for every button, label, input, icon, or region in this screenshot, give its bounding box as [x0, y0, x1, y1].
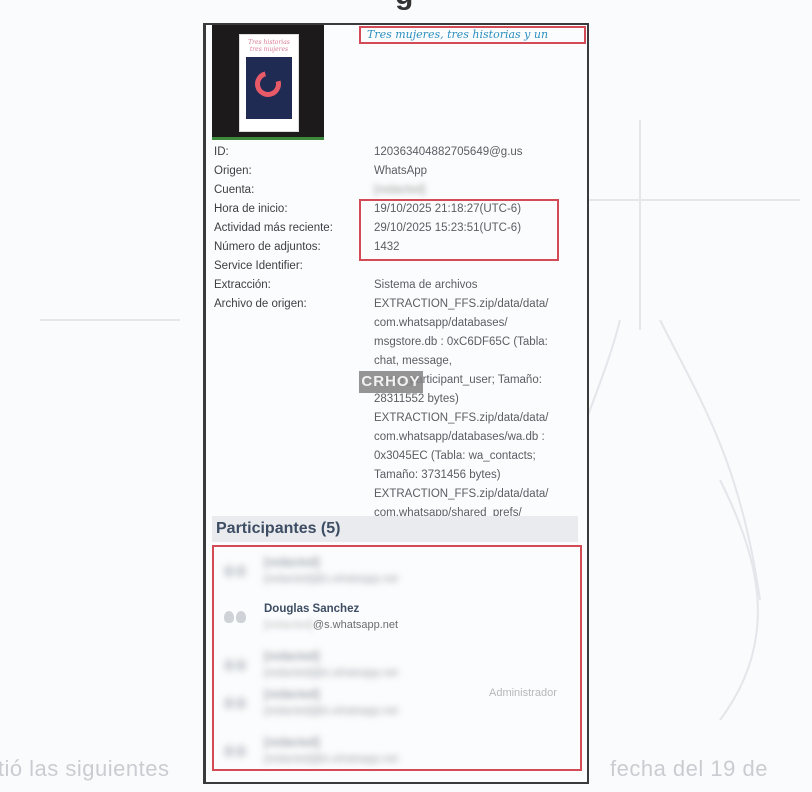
prop-label: Extracción: — [214, 276, 374, 295]
bottom-bleed-text-left: rtió las siguientes — [0, 756, 169, 782]
participant-name: [redacted] — [264, 651, 320, 663]
book-art — [246, 57, 292, 119]
participant-id: [redacted]@s.whatsapp.net — [264, 619, 398, 631]
participant-item[interactable]: Douglas Sanchez [redacted]@s.whatsapp.ne… — [220, 599, 570, 639]
bottom-bleed-text-right: fecha del 19 de — [610, 756, 768, 782]
participant-id: [redacted]@s.whatsapp.net — [264, 573, 398, 585]
avatar-icon — [222, 609, 250, 625]
prop-label: Cuenta: — [214, 181, 374, 200]
participant-id-suffix: @s.whatsapp.net — [313, 619, 398, 631]
prop-value: 1432 — [374, 238, 574, 257]
prop-value: Sistema de archivos — [374, 276, 574, 295]
prop-row-id: ID: 120363404882705649@g.us — [214, 143, 584, 162]
avatar-icon — [222, 657, 250, 673]
prop-label: Origen: — [214, 162, 374, 181]
prop-value: 120363404882705649@g.us — [374, 143, 574, 162]
prop-row-origin: Origen: WhatsApp — [214, 162, 584, 181]
participant-name: [redacted] — [264, 557, 320, 569]
participant-role: Administrador — [489, 687, 557, 699]
prop-row-extraction: Extracción: Sistema de archivos — [214, 276, 584, 295]
participant-id-redacted: [redacted] — [264, 619, 313, 631]
prop-label: Actividad más reciente: — [214, 219, 374, 238]
prop-row-attachments: Número de adjuntos: 1432 — [214, 238, 584, 257]
prop-value: 19/10/2025 21:18:27(UTC-6) — [374, 200, 574, 219]
participant-id: [redacted]@s.whatsapp.net — [264, 753, 398, 765]
participant-item[interactable]: [redacted] [redacted]@s.whatsapp.net — [220, 553, 570, 593]
prop-value-redacted: [redacted] — [374, 181, 574, 200]
avatar-icon — [222, 695, 250, 711]
prop-label: ID: — [214, 143, 374, 162]
prop-value: WhatsApp — [374, 162, 574, 181]
avatar-icon — [222, 743, 250, 759]
participants-list: [redacted] [redacted]@s.whatsapp.net Dou… — [212, 545, 582, 771]
prop-value: 29/10/2025 15:23:51(UTC-6) — [374, 219, 574, 238]
prop-label: Service Identifier: — [214, 257, 374, 276]
properties-list: ID: 120363404882705649@g.us Origen: What… — [214, 143, 584, 542]
participant-id: [redacted]@s.whatsapp.net — [264, 705, 398, 717]
book-title: Tres historias tres mujeres — [242, 39, 296, 53]
chat-thumbnail: Tres historias tres mujeres — [212, 25, 324, 140]
participant-name: Douglas Sanchez — [264, 603, 359, 615]
participant-item[interactable]: [redacted] [redacted]@s.whatsapp.net — [220, 733, 570, 773]
prop-row-start-time: Hora de inicio: 19/10/2025 21:18:27(UTC-… — [214, 200, 584, 219]
participant-name: [redacted] — [264, 737, 320, 749]
prop-label: Archivo de origen: — [214, 295, 374, 523]
chat-details-panel: Tres historias tres mujeres Tres mujeres… — [203, 23, 589, 784]
prop-row-source-file: Archivo de origen: EXTRACTION_FFS.zip/da… — [214, 295, 584, 523]
prop-label: Hora de inicio: — [214, 200, 374, 219]
book-cover-icon: Tres historias tres mujeres — [239, 34, 299, 132]
prop-label: Número de adjuntos: — [214, 238, 374, 257]
prop-value — [374, 257, 574, 276]
prop-row-service-identifier: Service Identifier: — [214, 257, 584, 276]
page-heading-fragment: g — [395, 0, 413, 12]
prop-value-source-file: EXTRACTION_FFS.zip/data/data/ com.whatsa… — [374, 295, 574, 523]
chat-title[interactable]: Tres mujeres, tres historias y un — [359, 26, 586, 44]
prop-row-last-activity: Actividad más reciente: 29/10/2025 15:23… — [214, 219, 584, 238]
participant-item[interactable]: [redacted] [redacted]@s.whatsapp.net — [220, 647, 570, 687]
watermark-badge: CRHOY — [359, 371, 423, 393]
prop-row-account: Cuenta: [redacted] — [214, 181, 584, 200]
participant-name: [redacted] — [264, 689, 320, 701]
participant-id: [redacted]@s.whatsapp.net — [264, 667, 398, 679]
participants-header: Participantes (5) — [212, 516, 578, 542]
avatar-icon — [222, 563, 250, 579]
moon-ring-icon — [250, 66, 286, 102]
